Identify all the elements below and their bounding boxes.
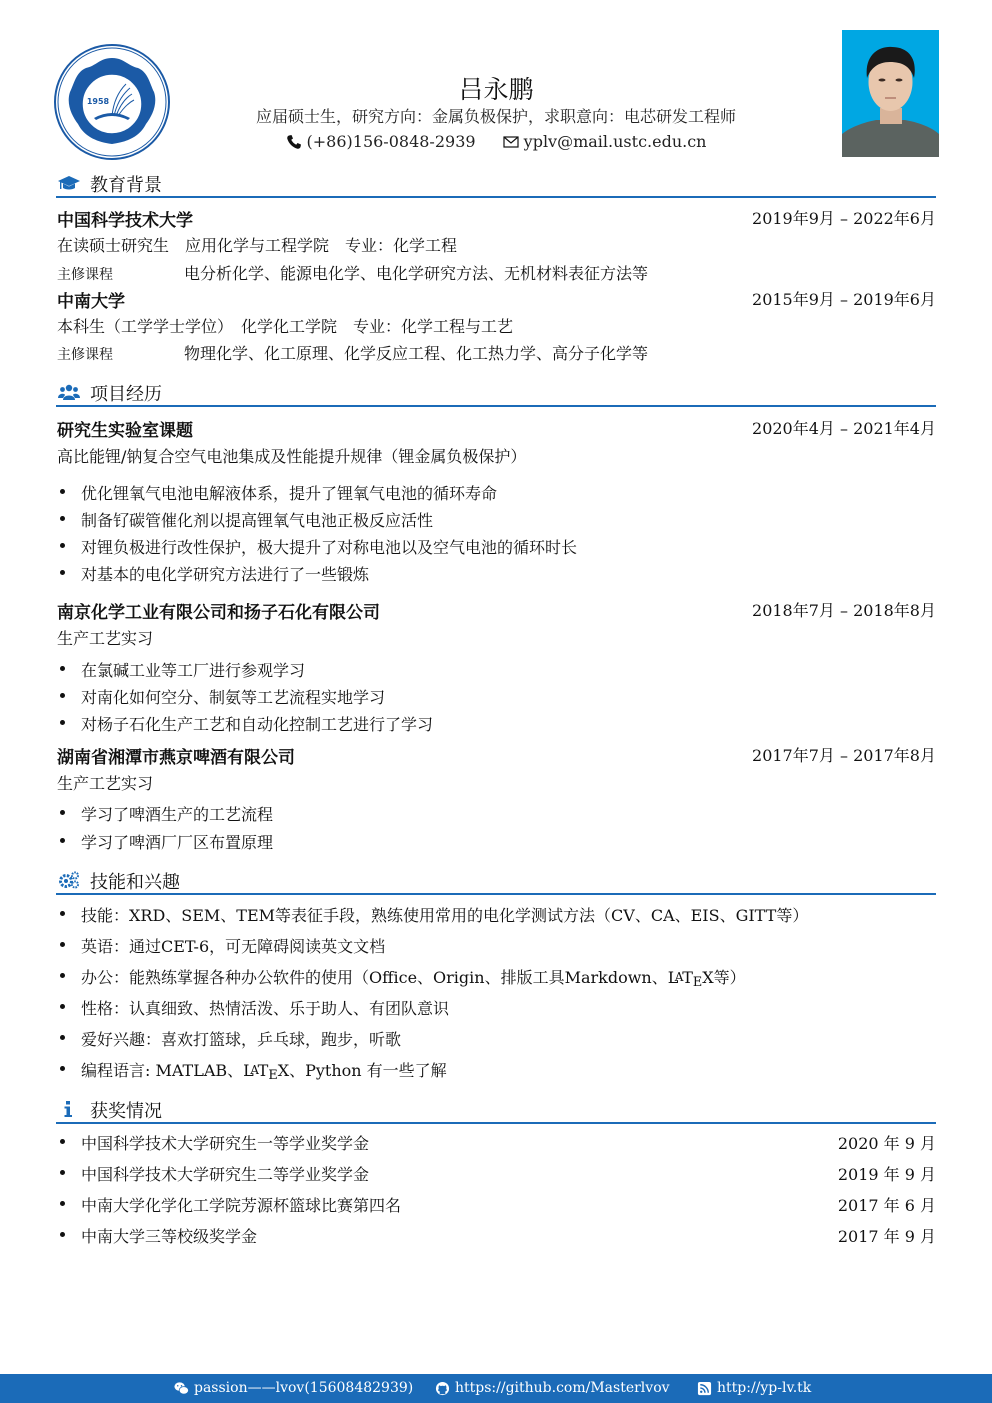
email-contact[interactable]: yplv@mail.ustc.edu.cn bbox=[503, 132, 707, 151]
project-subtitle: 生产工艺实习 bbox=[57, 771, 936, 794]
blog-link[interactable]: http://yp-lv.tk bbox=[697, 1380, 811, 1396]
wechat-icon bbox=[174, 1381, 189, 1396]
phone-contact[interactable]: (+86)156-0848-2939 bbox=[286, 132, 476, 151]
section-title: 教育背景 bbox=[90, 171, 162, 197]
project-name: 湖南省湘潭市燕京啤酒有限公司 2017年7月 – 2017年8月 bbox=[57, 743, 936, 768]
education-courses: 主修课程电分析化学、能源电化学、电化学研究方法、无机材料表征方法等 bbox=[57, 261, 936, 284]
education-school: 中南大学 2015年9月 – 2019年6月 bbox=[57, 287, 936, 312]
education-detail: 在读硕士研究生 应用化学与工程学院 专业：化学工程 bbox=[57, 233, 936, 256]
award-name: 中国科学技术大学研究生二等学业奖学金 bbox=[81, 1162, 369, 1185]
footer-bar: passion——lvov(15608482939) https://githu… bbox=[0, 1374, 992, 1403]
latex-logo: LATEX bbox=[243, 1061, 289, 1080]
profile-photo bbox=[842, 30, 939, 157]
course-label: 主修课程 bbox=[57, 264, 184, 284]
education-detail: 本科生（工学学士学位） 化学化工学院 专业：化学工程与工艺 bbox=[57, 314, 936, 337]
graduation-cap-icon bbox=[58, 174, 80, 192]
section-skills: 技能和兴趣 bbox=[56, 867, 936, 895]
latex-logo: LATEX bbox=[668, 968, 714, 987]
course-label: 主修课程 bbox=[57, 344, 184, 364]
users-icon bbox=[58, 383, 80, 401]
phone-number: (+86)156-0848-2939 bbox=[307, 132, 476, 151]
award-date: 2019 年 9 月 bbox=[838, 1162, 936, 1185]
section-education: 教育背景 bbox=[56, 170, 936, 198]
education-courses: 主修课程物理化学、化工原理、化学反应工程、化工热力学、高分子化学等 bbox=[57, 341, 936, 364]
envelope-icon bbox=[503, 134, 519, 150]
award-date: 2017 年 9 月 bbox=[838, 1224, 936, 1247]
cogs-icon bbox=[58, 871, 80, 889]
section-awards: 获奖情况 bbox=[56, 1096, 936, 1124]
education-school: 中国科学技术大学 2019年9月 – 2022年6月 bbox=[57, 206, 936, 231]
rss-icon bbox=[697, 1381, 712, 1396]
section-rule bbox=[56, 405, 936, 407]
project-period: 2020年4月 – 2021年4月 bbox=[752, 416, 936, 439]
section-rule bbox=[56, 196, 936, 198]
education-period: 2015年9月 – 2019年6月 bbox=[752, 287, 936, 310]
award-name: 中南大学三等校级奖学金 bbox=[81, 1224, 257, 1247]
wechat-link[interactable]: passion——lvov(15608482939) bbox=[174, 1380, 413, 1396]
phone-icon bbox=[286, 134, 302, 150]
project-subtitle: 生产工艺实习 bbox=[57, 626, 936, 649]
education-period: 2019年9月 – 2022年6月 bbox=[752, 206, 936, 229]
project-period: 2018年7月 – 2018年8月 bbox=[752, 598, 936, 621]
project-period: 2017年7月 – 2017年8月 bbox=[752, 743, 936, 766]
award-date: 2017 年 6 月 bbox=[838, 1193, 936, 1216]
award-name: 中国科学技术大学研究生一等学业奖学金 bbox=[81, 1131, 369, 1154]
info-icon bbox=[58, 1100, 80, 1118]
section-rule bbox=[56, 893, 936, 895]
section-title: 获奖情况 bbox=[90, 1097, 162, 1123]
email-address: yplv@mail.ustc.edu.cn bbox=[524, 132, 707, 151]
award-name: 中南大学化学化工学院芳源杯篮球比赛第四名 bbox=[81, 1193, 401, 1216]
resume-page: 1958 吕永鹏 应届硕士生，研究方向：金属负极保护，求职意向：电芯研发工程师 … bbox=[0, 0, 992, 1403]
project-subtitle: 高比能锂/钠复合空气电池集成及性能提升规律（锂金属负极保护） bbox=[57, 444, 936, 467]
project-name: 南京化学工业有限公司和扬子石化有限公司 2018年7月 – 2018年8月 bbox=[57, 598, 936, 623]
award-date: 2020 年 9 月 bbox=[838, 1131, 936, 1154]
section-title: 技能和兴趣 bbox=[90, 868, 180, 894]
github-link[interactable]: https://github.com/Masterlvov bbox=[435, 1380, 670, 1396]
section-title: 项目经历 bbox=[90, 380, 162, 406]
github-icon bbox=[435, 1381, 450, 1396]
section-projects: 项目经历 bbox=[56, 379, 936, 407]
project-name: 研究生实验室课题 2020年4月 – 2021年4月 bbox=[57, 416, 936, 441]
section-rule bbox=[56, 1122, 936, 1124]
